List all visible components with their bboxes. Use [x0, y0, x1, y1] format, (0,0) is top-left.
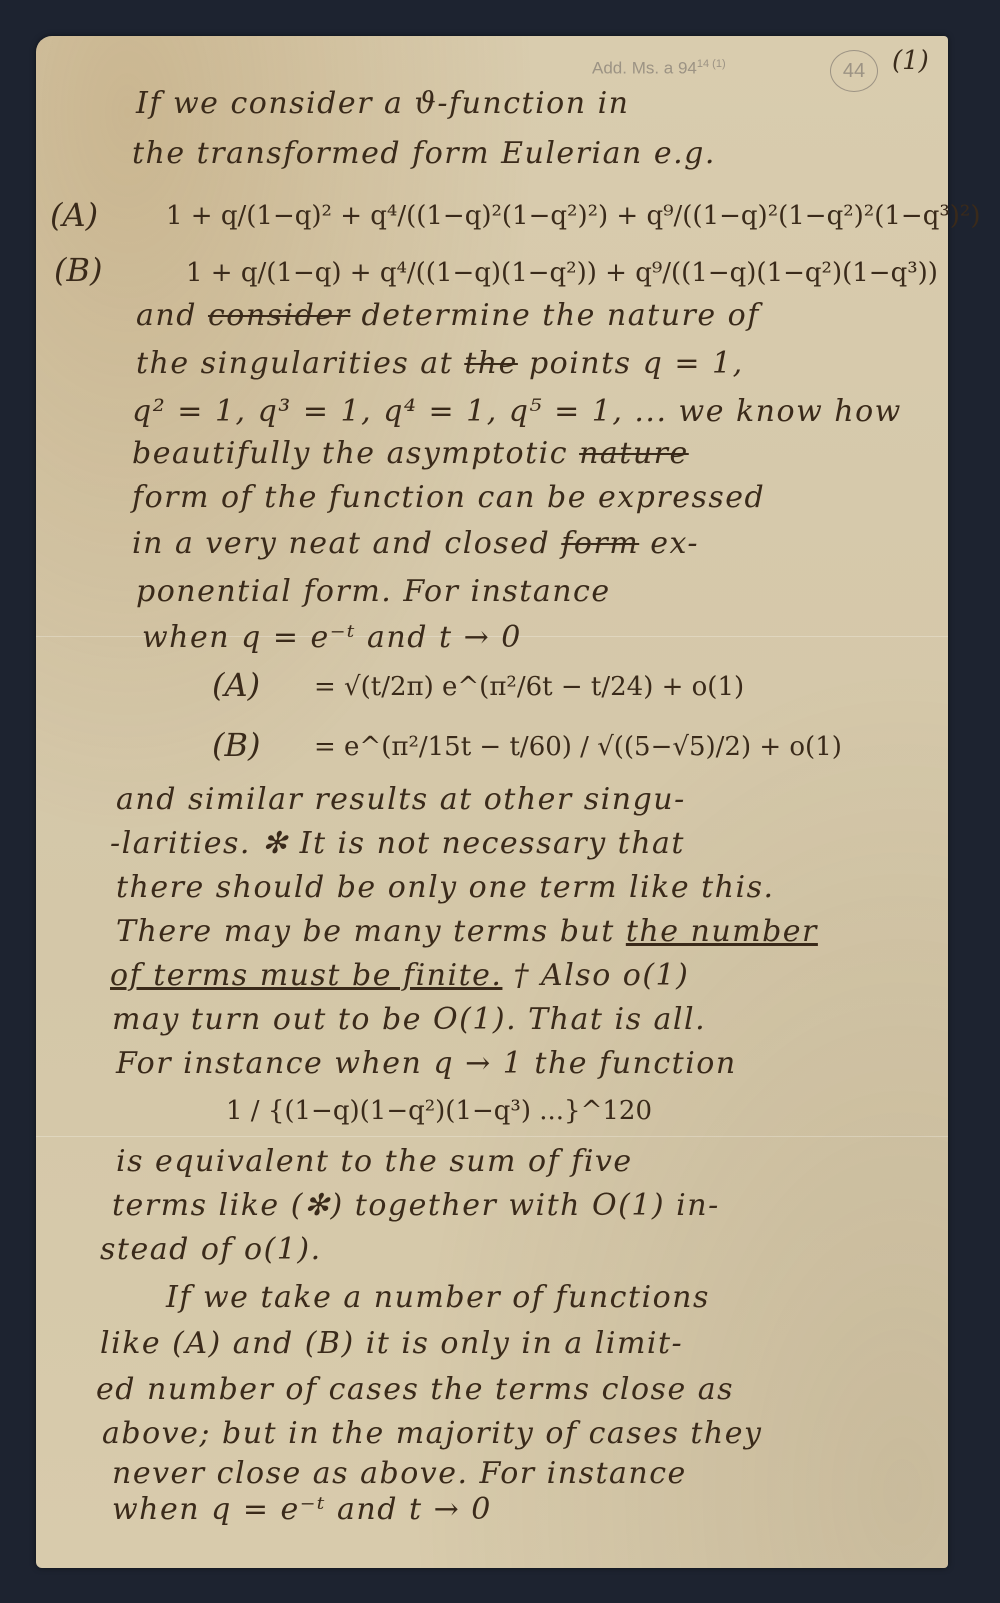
text-line: terms like (✻) together with O(1) in-: [112, 1188, 720, 1223]
text-line: beautifully the asymptotic nature: [132, 436, 689, 471]
fold-crease: [36, 1136, 948, 1137]
text-line: There may be many terms but the number: [116, 914, 818, 949]
text-line: and similar results at other singu-: [116, 782, 686, 817]
asymptotic-a: = √(t/2π) e^(π²/6t − t/24) + o(1): [314, 672, 744, 702]
underlined-text: the number: [626, 914, 818, 949]
text-line: q² = 1, q³ = 1, q⁴ = 1, q⁵ = 1, ... we k…: [132, 394, 902, 429]
text-line: never close as above. For instance: [112, 1456, 687, 1491]
text-line: the transformed form Eulerian e.g.: [132, 136, 716, 171]
archive-ref-text: Add. Ms. a 94: [592, 59, 697, 78]
struck-text: the: [464, 346, 518, 381]
text-line: in a very neat and closed form ex-: [132, 526, 699, 561]
text-line: If we consider a ϑ-function in: [136, 86, 630, 121]
function-expression: 1 / {(1−q)(1−q²)(1−q³) ...}^120: [226, 1096, 652, 1126]
folio-number: 44: [830, 50, 878, 92]
underlined-text: of terms must be finite.: [110, 958, 502, 993]
text-fragment: the singularities at: [136, 346, 453, 381]
struck-text: form: [561, 526, 639, 561]
text-line: the singularities at the points q = 1,: [136, 346, 744, 381]
text-line: when q = e⁻ᵗ and t → 0: [112, 1492, 492, 1527]
text-fragment: and: [136, 298, 197, 333]
struck-text: nature: [579, 436, 689, 471]
text-line: -larities. ✻ It is not necessary that: [110, 826, 685, 861]
asymptotic-b: = e^(π²/15t − t/60) / √((5−√5)/2) + o(1): [314, 732, 842, 762]
manuscript-page: Add. Ms. a 9414 (1) 44 (1) If we conside…: [36, 36, 948, 1568]
text-line: of terms must be finite. † Also o(1): [110, 958, 689, 993]
text-fragment: points q = 1,: [529, 346, 744, 381]
text-line: stead of o(1).: [100, 1232, 322, 1267]
text-line: there should be only one term like this.: [116, 870, 775, 905]
text-fragment: † Also o(1): [514, 958, 690, 993]
text-line: is equivalent to the sum of five: [116, 1144, 633, 1179]
asymptotic-label-b: (B): [212, 726, 260, 764]
asymptotic-label-a: (A): [212, 666, 260, 704]
text-line: may turn out to be O(1). That is all.: [112, 1002, 706, 1037]
equation-a: 1 + q/(1−q)² + q⁴/((1−q)²(1−q²)²) + q⁹/(…: [166, 201, 980, 231]
equation-b: 1 + q/(1−q) + q⁴/((1−q)(1−q²)) + q⁹/((1−…: [186, 258, 938, 288]
text-fragment: ex-: [650, 526, 699, 561]
text-line: If we take a number of functions: [166, 1280, 710, 1315]
struck-text: consider: [208, 298, 350, 333]
text-line: and consider determine the nature of: [136, 298, 760, 333]
text-fragment: in a very neat and closed: [132, 526, 550, 561]
text-fragment: There may be many terms but: [116, 914, 615, 949]
text-line: form of the function can be expressed: [132, 480, 765, 515]
archive-reference: Add. Ms. a 9414 (1): [592, 58, 726, 79]
text-line: above; but in the majority of cases they: [102, 1416, 762, 1451]
page-number: (1): [892, 46, 929, 76]
text-fragment: determine the nature of: [362, 298, 760, 333]
text-line: when q = e⁻ᵗ and t → 0: [142, 620, 522, 655]
archive-ref-sup: 14 (1): [697, 58, 726, 70]
text-fragment: beautifully the asymptotic: [132, 436, 568, 471]
text-line: For instance when q → 1 the function: [116, 1046, 737, 1081]
equation-label-b: (B): [54, 251, 102, 289]
text-line: like (A) and (B) it is only in a limit-: [100, 1326, 683, 1361]
text-line: ed number of cases the terms close as: [96, 1372, 734, 1407]
text-line: ponential form. For instance: [136, 574, 611, 609]
equation-label-a: (A): [50, 196, 98, 234]
